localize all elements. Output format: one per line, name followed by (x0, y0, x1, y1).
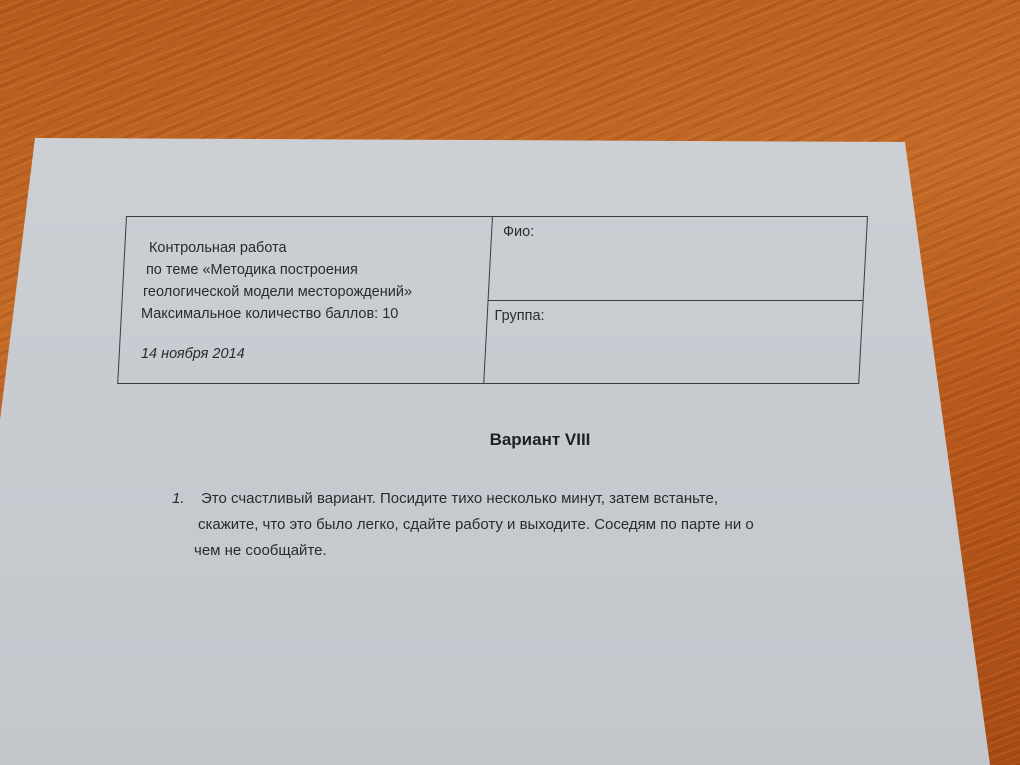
exam-topic-line: по теме «Методика построения (146, 259, 412, 281)
group-field-label: Группа: (495, 305, 545, 327)
exam-title-line: Контрольная работа (149, 237, 412, 259)
task-number: 1. (172, 486, 185, 512)
task-text-line: скажите, что это было легко, сдайте рабо… (198, 512, 754, 538)
task-text-line: чем не сообщайте. (194, 538, 327, 564)
task-text-line: Это счастливый вариант. Посидите тихо не… (201, 486, 718, 512)
exam-topic-line: геологической модели месторождений» (143, 281, 412, 303)
group-field-cell[interactable]: Группа: (484, 301, 862, 383)
exam-date: 14 ноября 2014 (141, 343, 245, 365)
exam-title-block: Контрольная работа по теме «Методика пос… (149, 237, 412, 325)
exam-title-cell: Контрольная работа по теме «Методика пос… (118, 217, 493, 383)
variant-heading: Вариант VIII (0, 430, 1020, 450)
name-field-cell[interactable]: Фио: (489, 217, 867, 301)
name-field-label: Фио: (503, 221, 534, 243)
max-score-line: Максимальное количество баллов: 10 (141, 303, 412, 325)
header-info-table: Контрольная работа по теме «Методика пос… (117, 216, 868, 384)
